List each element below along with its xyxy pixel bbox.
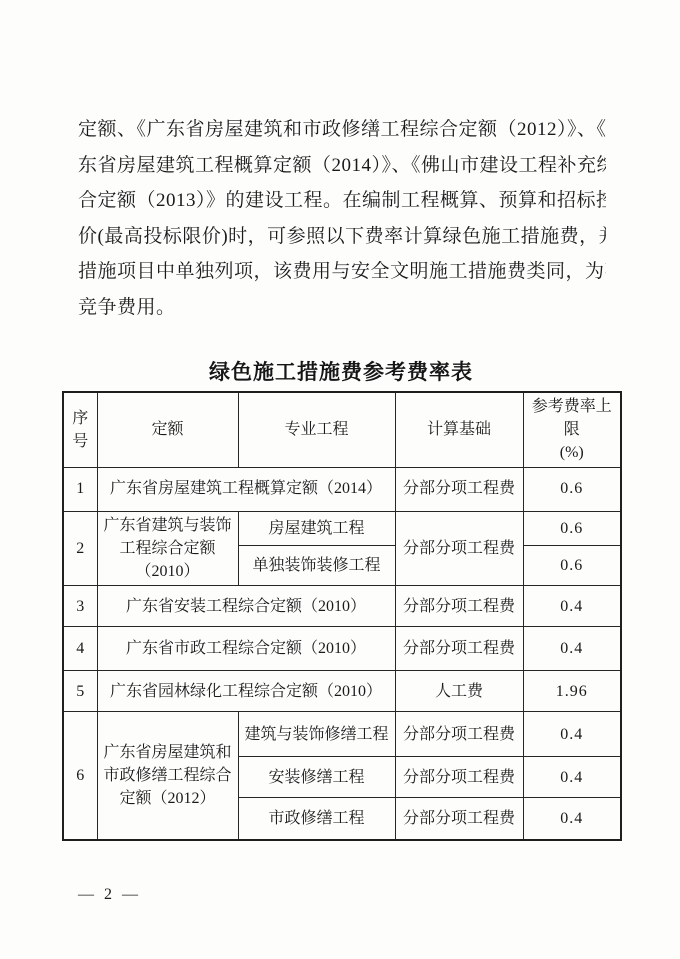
basis-cell: 分部分项工程费 xyxy=(395,627,523,671)
basis-cell: 分部分项工程费 xyxy=(395,798,523,840)
rate-cell: 0.4 xyxy=(523,586,621,627)
quota-cell: 广东省市政工程综合定额（2010） xyxy=(97,627,395,671)
table-row: 1 广东省房屋建筑工程概算定额（2014） 分部分项工程费 0.6 xyxy=(63,467,621,511)
table-row: 2 广东省建筑与装饰 工程综合定额 （2010） 房屋建筑工程 分部分项工程费 … xyxy=(63,511,621,545)
header-specialty: 专业工程 xyxy=(238,392,395,467)
basis-cell: 分部分项工程费 xyxy=(395,757,523,798)
rate-cell: 0.6 xyxy=(523,545,621,585)
rate-cell: 0.6 xyxy=(523,511,621,545)
quota-cell: 广东省园林绿化工程综合定额（2010） xyxy=(97,671,395,712)
table-row: 3 广东省安装工程综合定额（2010） 分部分项工程费 0.4 xyxy=(63,586,621,627)
table-row: 6 广东省房屋建筑和 市政修缮工程综合 定额（2012） 建筑与装饰修缮工程 分… xyxy=(63,712,621,757)
no-cell: 2 xyxy=(63,511,97,586)
rate-cell: 1.96 xyxy=(523,671,621,712)
basis-cell: 分部分项工程费 xyxy=(395,586,523,627)
specialty-cell: 市政修缮工程 xyxy=(238,798,395,840)
rate-table: 序 号 定额 专业工程 计算基础 参考费率上限 (%) 1 广东省房屋建筑工程概… xyxy=(62,391,622,841)
paragraph-line: 竞争费用。 xyxy=(78,290,606,326)
table-header-row: 序 号 定额 专业工程 计算基础 参考费率上限 (%) xyxy=(63,392,621,467)
rate-cell: 0.4 xyxy=(523,627,621,671)
table-row: 4 广东省市政工程综合定额（2010） 分部分项工程费 0.4 xyxy=(63,627,621,671)
rate-cell: 0.6 xyxy=(523,467,621,511)
paragraph-line: 东省房屋建筑工程概算定额（2014）》、《佛山市建设工程补充综 xyxy=(78,148,606,184)
body-paragraph: 定额、《广东省房屋建筑和市政修缮工程综合定额（2012）》、《广 东省房屋建筑工… xyxy=(78,112,606,325)
paragraph-line: 合定额（2013）》的建设工程。在编制工程概算、预算和招标控制 xyxy=(78,183,606,219)
paragraph-line: 价(最高投标限价)时，可参照以下费率计算绿色施工措施费，并在 xyxy=(78,219,606,255)
table-row: 5 广东省园林绿化工程综合定额（2010） 人工费 1.96 xyxy=(63,671,621,712)
page-number: — 2 — xyxy=(78,886,141,904)
quota-cell: 广东省建筑与装饰 工程综合定额 （2010） xyxy=(97,511,238,586)
no-cell: 5 xyxy=(63,671,97,712)
basis-cell: 人工费 xyxy=(395,671,523,712)
quota-cell: 广东省房屋建筑工程概算定额（2014） xyxy=(97,467,395,511)
rate-cell: 0.4 xyxy=(523,757,621,798)
paragraph-line: 定额、《广东省房屋建筑和市政修缮工程综合定额（2012）》、《广 xyxy=(78,112,606,148)
header-rate-limit: 参考费率上限 (%) xyxy=(523,392,621,467)
quota-cell: 广东省房屋建筑和 市政修缮工程综合 定额（2012） xyxy=(97,712,238,840)
no-cell: 1 xyxy=(63,467,97,511)
quota-cell: 广东省安装工程综合定额（2010） xyxy=(97,586,395,627)
paragraph-line: 措施项目中单独列项，该费用与安全文明施工措施费类同，为不可 xyxy=(78,254,606,290)
specialty-cell: 单独装饰装修工程 xyxy=(238,545,395,585)
rate-cell: 0.4 xyxy=(523,798,621,840)
specialty-cell: 安装修缮工程 xyxy=(238,757,395,798)
no-cell: 4 xyxy=(63,627,97,671)
table-title: 绿色施工措施费参考费率表 xyxy=(62,356,620,386)
header-no: 序 号 xyxy=(63,392,97,467)
basis-cell: 分部分项工程费 xyxy=(395,467,523,511)
no-cell: 6 xyxy=(63,712,97,840)
header-quota: 定额 xyxy=(97,392,238,467)
basis-cell: 分部分项工程费 xyxy=(395,511,523,586)
basis-cell: 分部分项工程费 xyxy=(395,712,523,757)
rate-cell: 0.4 xyxy=(523,712,621,757)
no-cell: 3 xyxy=(63,586,97,627)
header-basis: 计算基础 xyxy=(395,392,523,467)
specialty-cell: 建筑与装饰修缮工程 xyxy=(238,712,395,757)
document-page: 定额、《广东省房屋建筑和市政修缮工程综合定额（2012）》、《广 东省房屋建筑工… xyxy=(0,0,680,959)
specialty-cell: 房屋建筑工程 xyxy=(238,511,395,545)
